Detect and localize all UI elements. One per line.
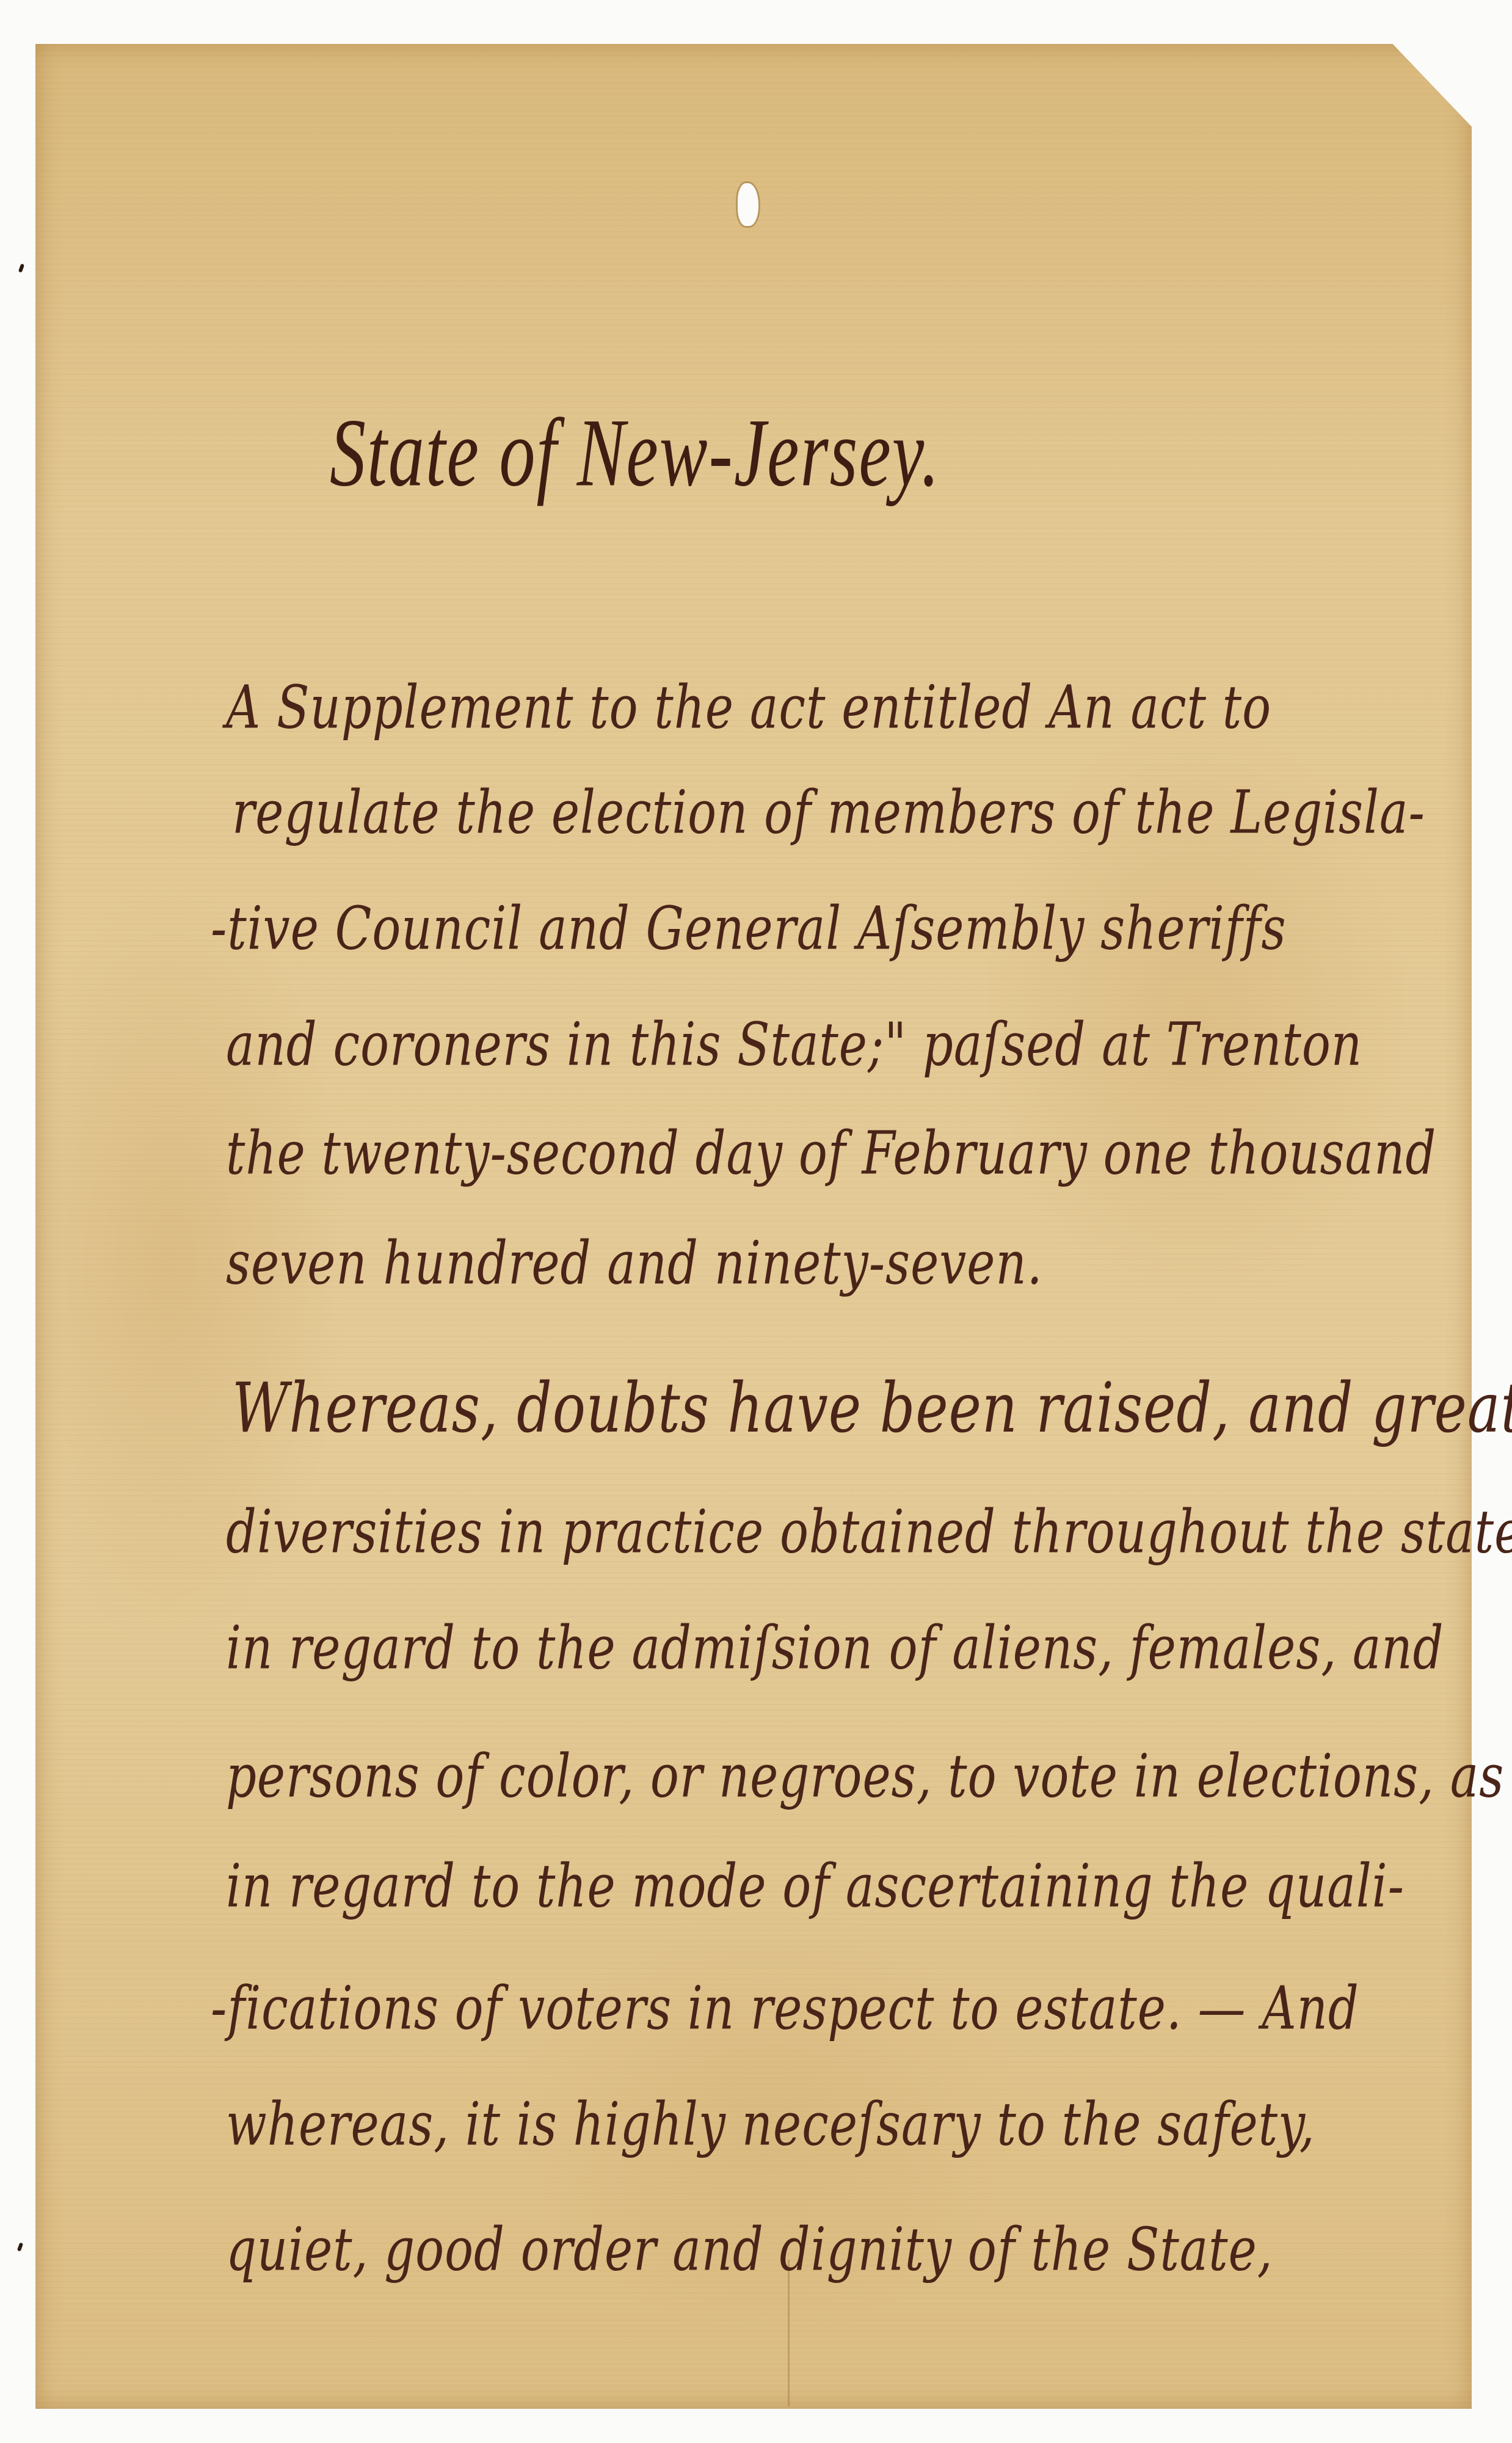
whereas-line: persons of color, or negroes, to vote in…	[226, 1747, 1512, 1807]
heading-line: A Supplement to the act entitled An act …	[226, 678, 1271, 738]
whereas-line: diversities in practice obtained through…	[226, 1502, 1512, 1562]
paper-tear-hole	[738, 183, 758, 226]
heading-line: seven hundred and ninety-seven.	[226, 1234, 1043, 1294]
heading-line: the twenty-second day of February one th…	[226, 1124, 1436, 1184]
whereas-line: whereas, it is highly neceſsary to the s…	[226, 2095, 1315, 2155]
whereas-line: -fications of voters in respect to estat…	[211, 1979, 1359, 2039]
whereas-line: in regard to the admiſsion of aliens, fe…	[226, 1618, 1444, 1678]
whereas-line: quiet, good order and dignity of the Sta…	[226, 2220, 1273, 2280]
heading-line: regulate the election of members of the …	[232, 783, 1425, 843]
margin-mark	[17, 2242, 23, 2251]
margin-mark	[18, 263, 24, 272]
document-title: State of New-Jersey.	[330, 397, 940, 509]
heading-line: -tive Council and General Aſsembly sheri…	[211, 899, 1287, 959]
heading-line: and coroners in this State;" paſsed at T…	[226, 1015, 1362, 1075]
whereas-line: Whereas, doubts have been raised, and gr…	[232, 1374, 1512, 1443]
whereas-line: in regard to the mode of ascertaining th…	[226, 1857, 1405, 1917]
